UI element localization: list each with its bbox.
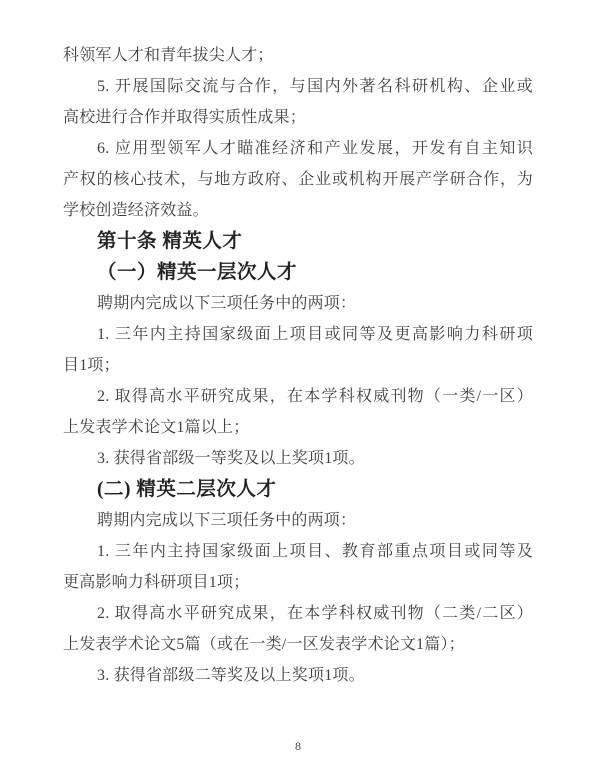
text-line: 2. 取得高水平研究成果，在本学科权威刊物（二类/二区） xyxy=(63,598,533,629)
text-line: 学校创造经济效益。 xyxy=(63,195,533,226)
text-line: 上发表学术论文5篇（或在一类/一区发表学术论文1篇）； xyxy=(63,629,533,660)
text-line: 2. 取得高水平研究成果，在本学科权威刊物（一类/一区） xyxy=(63,381,533,412)
text-line: 3. 获得省部级一等奖及以上奖项1项。 xyxy=(63,443,533,474)
text-line: 高校进行合作并取得实质性成果； xyxy=(63,102,533,133)
text-line: 6. 应用型领军人才瞄准经济和产业发展，开发有自主知识 xyxy=(63,133,533,164)
heading-line: (二) 精英二层次人才 xyxy=(63,474,533,505)
text-line: 聘期内完成以下三项任务中的两项： xyxy=(63,288,533,319)
text-line: 更高影响力科研项目1项； xyxy=(63,567,533,598)
text-line: 目1项； xyxy=(63,350,533,381)
heading-line: 第十条 精英人才 xyxy=(63,226,533,257)
document-page: 科领军人才和青年拔尖人才；5. 开展国际交流与合作，与国内外著名科研机构、企业或… xyxy=(0,0,600,779)
document-body: 科领军人才和青年拔尖人才；5. 开展国际交流与合作，与国内外著名科研机构、企业或… xyxy=(63,40,533,691)
page-footer: 8 xyxy=(63,737,533,755)
heading-line: （一）精英一层次人才 xyxy=(63,257,533,288)
text-line: 科领军人才和青年拔尖人才； xyxy=(63,40,533,71)
text-line: 聘期内完成以下三项任务中的两项： xyxy=(63,505,533,536)
page-number: 8 xyxy=(295,739,301,753)
text-line: 1. 三年内主持国家级面上项目、教育部重点项目或同等及 xyxy=(63,536,533,567)
text-line: 产权的核心技术，与地方政府、企业或机构开展产学研合作，为 xyxy=(63,164,533,195)
text-line: 上发表学术论文1篇以上； xyxy=(63,412,533,443)
text-line: 3. 获得省部级二等奖及以上奖项1项。 xyxy=(63,660,533,691)
text-line: 5. 开展国际交流与合作，与国内外著名科研机构、企业或 xyxy=(63,71,533,102)
text-line: 1. 三年内主持国家级面上项目或同等及更高影响力科研项 xyxy=(63,319,533,350)
